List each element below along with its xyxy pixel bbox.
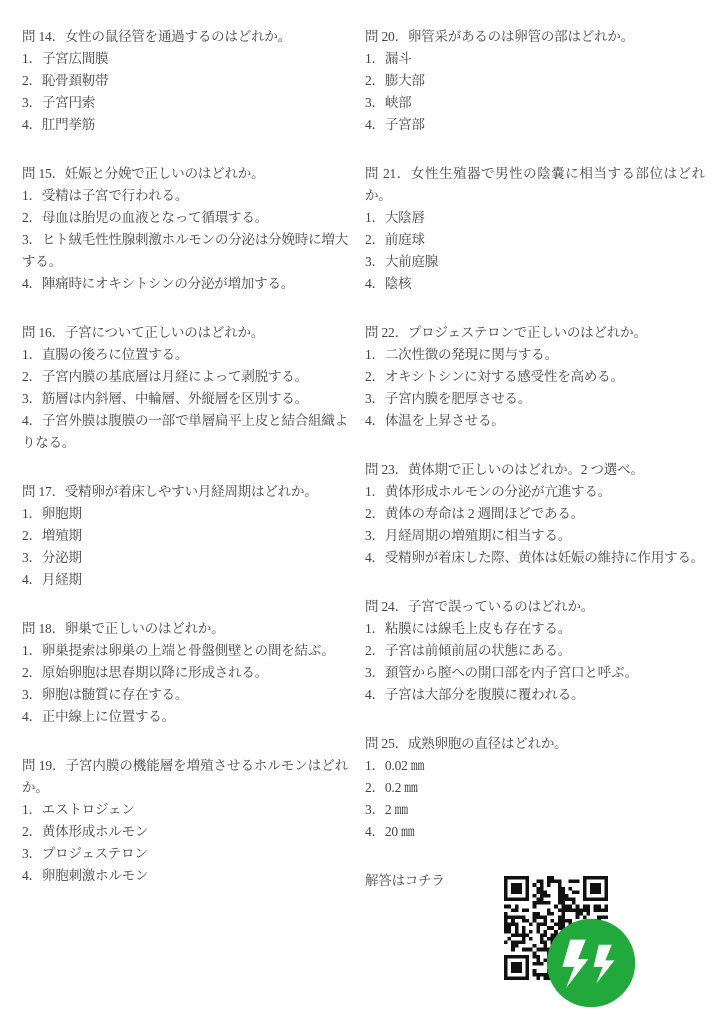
question-option: 3．子宮内膜を肥厚させる。 <box>365 388 705 410</box>
question-option: 1．卵巣提索は卵巣の上端と骨盤側壁との間を結ぶ。 <box>22 640 348 662</box>
question-option: 4．20 ㎜ <box>365 821 705 843</box>
question-title: 問 15．妊娠と分娩で正しいのはどれか。 <box>22 163 348 185</box>
question-option: 2．子宮内膜の基底層は月経によって剥脱する。 <box>22 366 348 388</box>
question-block: 問 21．女性生殖器で男性の陰嚢に相当する部位はどれか。 1．大陰唇2．前庭球3… <box>365 163 705 295</box>
question-option: 2．原始卵胞は思春期以降に形成される。 <box>22 662 348 684</box>
question-column-left: 問 14．女性の鼠径管を通過するのはどれか。 1．子宮広間膜2．恥骨頚靭帯3．子… <box>22 26 348 914</box>
question-option: 4．陣痛時にオキシトシンの分泌が増加する。 <box>22 273 348 295</box>
question-block: 問 17．受精卵が着床しやすい月経周期はどれか。 1．卵胞期2．増殖期3．分泌期… <box>22 481 348 591</box>
question-option: 3．峡部 <box>365 92 705 114</box>
question-option: 3．卵胞は髄質に存在する。 <box>22 684 348 706</box>
question-option: 1．直腸の後ろに位置する。 <box>22 344 348 366</box>
question-option: 1．0.02 ㎜ <box>365 755 705 777</box>
question-option: 1．大陰唇 <box>365 207 705 229</box>
question-option: 3．頚管から膣への開口部を内子宮口と呼ぶ。 <box>365 662 705 684</box>
question-option: 2．黄体の寿命は 2 週間ほどである。 <box>365 503 705 525</box>
question-option: 1．漏斗 <box>365 48 705 70</box>
question-title: 問 22．プロジェステロンで正しいのはどれか。 <box>365 322 705 344</box>
question-option: 1．二次性徴の発現に関与する。 <box>365 344 705 366</box>
question-block: 問 19．子宮内膜の機能層を増殖させるホルモンはどれか。 1．エストロジェン2．… <box>22 755 348 887</box>
question-option: 4．受精卵が着床した際、黄体は妊娠の維持に作用する。 <box>365 547 705 569</box>
question-option: 4．肛門挙筋 <box>22 114 348 136</box>
question-option: 3．プロジェステロン <box>22 843 348 865</box>
question-option: 3．子宮円索 <box>22 92 348 114</box>
question-title: 問 18．卵巣で正しいのはどれか。 <box>22 618 348 640</box>
question-option: 4．月経期 <box>22 569 348 591</box>
question-option: 2．増殖期 <box>22 525 348 547</box>
answer-link[interactable]: 解答はコチラ <box>365 873 445 888</box>
question-option: 4．正中線上に位置する。 <box>22 706 348 728</box>
question-option: 2．黄体形成ホルモン <box>22 821 348 843</box>
qr-center-logo-icon <box>539 911 643 1015</box>
qr-code <box>504 876 608 980</box>
question-option: 1．エストロジェン <box>22 799 348 821</box>
question-option: 3．筋層は内斜層、中輪層、外縦層を区別する。 <box>22 388 348 410</box>
question-option: 2．0.2 ㎜ <box>365 777 705 799</box>
question-block: 問 24．子宮で誤っているのはどれか。 1．粘膜には線毛上皮も存在する。2．子宮… <box>365 596 705 706</box>
question-title: 問 17．受精卵が着床しやすい月経周期はどれか。 <box>22 481 348 503</box>
question-title: 問 24．子宮で誤っているのはどれか。 <box>365 596 705 618</box>
question-option: 4．子宮外膜は腹膜の一部で単層扁平上皮と結合組織よりなる。 <box>22 410 348 454</box>
question-block: 問 15．妊娠と分娩で正しいのはどれか。 1．受精は子宮で行われる。2．母血は胎… <box>22 163 348 295</box>
question-option: 4．陰核 <box>365 273 705 295</box>
question-title: 問 20．卵管采があるのは卵管の部はどれか。 <box>365 26 705 48</box>
question-option: 4．子宮は大部分を腹膜に覆われる。 <box>365 684 705 706</box>
question-option: 2．母血は胎児の血液となって循環する。 <box>22 207 348 229</box>
question-block: 問 20．卵管采があるのは卵管の部はどれか。 1．漏斗2．膨大部3．峡部4．子宮… <box>365 26 705 136</box>
question-title: 問 23．黄体期で正しいのはどれか。2 つ選べ。 <box>365 459 705 481</box>
question-option: 4．体温を上昇させる。 <box>365 410 705 432</box>
question-block: 問 14．女性の鼠径管を通過するのはどれか。 1．子宮広間膜2．恥骨頚靭帯3．子… <box>22 26 348 136</box>
question-option: 1．卵胞期 <box>22 503 348 525</box>
question-option: 1．黄体形成ホルモンの分泌が亢進する。 <box>365 481 705 503</box>
question-block: 問 16．子宮について正しいのはどれか。 1．直腸の後ろに位置する。2．子宮内膜… <box>22 322 348 454</box>
question-option: 3．月経周期の増殖期に相当する。 <box>365 525 705 547</box>
question-option: 3．分泌期 <box>22 547 348 569</box>
question-block: 問 23．黄体期で正しいのはどれか。2 つ選べ。 1．黄体形成ホルモンの分泌が亢… <box>365 459 705 569</box>
question-option: 3．ヒト絨毛性性腺刺激ホルモンの分泌は分娩時に増大する。 <box>22 229 348 273</box>
question-option: 1．受精は子宮で行われる。 <box>22 185 348 207</box>
question-block: 問 18．卵巣で正しいのはどれか。 1．卵巣提索は卵巣の上端と骨盤側壁との間を結… <box>22 618 348 728</box>
question-title: 問 16．子宮について正しいのはどれか。 <box>22 322 348 344</box>
question-option: 3．大前庭腺 <box>365 251 705 273</box>
question-block: 問 25．成熟卵胞の直径はどれか。 1．0.02 ㎜2．0.2 ㎜3．2 ㎜4．… <box>365 733 705 843</box>
question-option: 3．2 ㎜ <box>365 799 705 821</box>
question-option: 4．子宮部 <box>365 114 705 136</box>
question-option: 2．膨大部 <box>365 70 705 92</box>
question-title: 問 21．女性生殖器で男性の陰嚢に相当する部位はどれか。 <box>365 163 705 207</box>
question-option: 2．オキシトシンに対する感受性を高める。 <box>365 366 705 388</box>
question-option: 1．子宮広間膜 <box>22 48 348 70</box>
question-title: 問 14．女性の鼠径管を通過するのはどれか。 <box>22 26 348 48</box>
question-option: 1．粘膜には線毛上皮も存在する。 <box>365 618 705 640</box>
question-title: 問 19．子宮内膜の機能層を増殖させるホルモンはどれか。 <box>22 755 348 799</box>
question-option: 4．卵胞刺激ホルモン <box>22 865 348 887</box>
question-column-right: 問 20．卵管采があるのは卵管の部はどれか。 1．漏斗2．膨大部3．峡部4．子宮… <box>365 26 705 870</box>
question-option: 2．恥骨頚靭帯 <box>22 70 348 92</box>
question-option: 2．子宮は前傾前屈の状態にある。 <box>365 640 705 662</box>
question-option: 2．前庭球 <box>365 229 705 251</box>
question-block: 問 22．プロジェステロンで正しいのはどれか。 1．二次性徴の発現に関与する。2… <box>365 322 705 432</box>
question-title: 問 25．成熟卵胞の直径はどれか。 <box>365 733 705 755</box>
